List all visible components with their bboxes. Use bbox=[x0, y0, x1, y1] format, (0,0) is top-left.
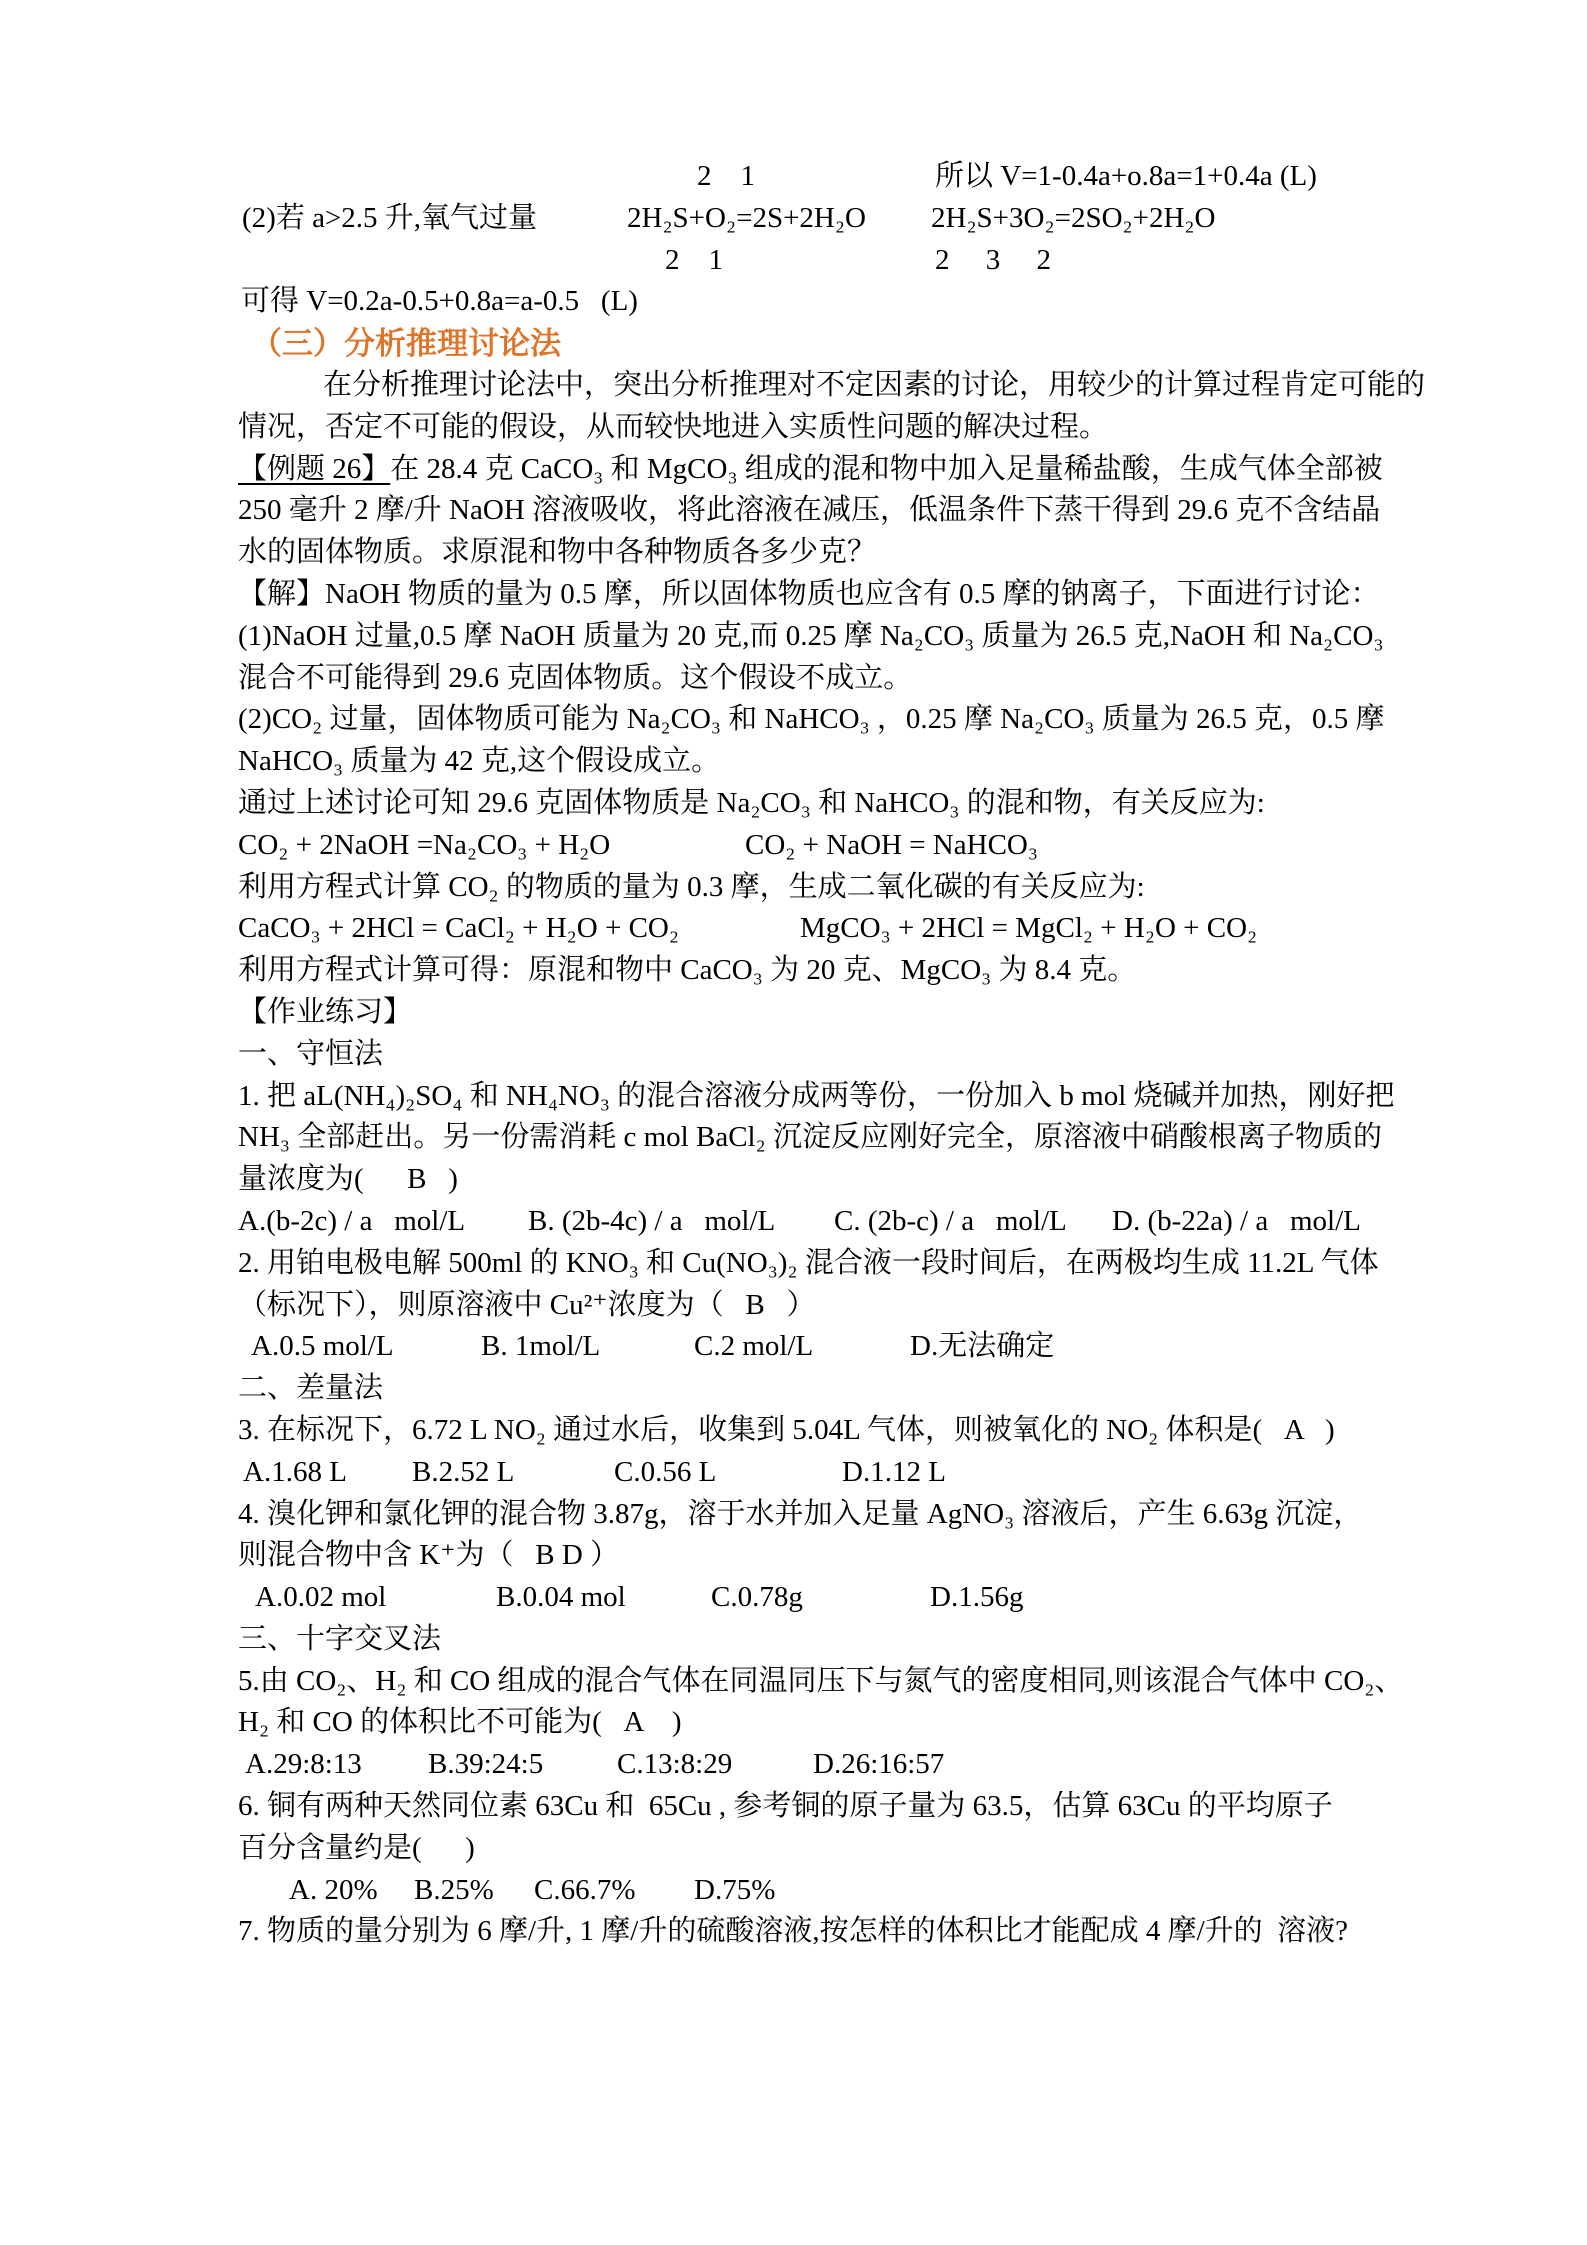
document-content: 2 1 所以 V=1-0.4a+o.8a=1+0.4a (L) (2)若 a>2… bbox=[238, 156, 1368, 1953]
problem-4-line-1: 4. 溴化钾和氯化钾的混合物 3.87g，溶于水并加入足量 AgNO₃ 溶液后，… bbox=[238, 1494, 1368, 1536]
carbonate-hcl-equations: CaCO₃ + 2HCl = CaCl₂ + H₂O + CO₂ MgCO₃ +… bbox=[238, 908, 1368, 950]
eq1-mole-ratio-top: 2 1 所以 V=1-0.4a+o.8a=1+0.4a (L) bbox=[238, 156, 1368, 198]
problem-5-line-2: H₂ 和 CO 的体积比不可能为( A ) bbox=[238, 1702, 1368, 1744]
option-a: A. 20% bbox=[289, 1870, 378, 1912]
option-d: D. (b-22a) / a mol/L bbox=[1112, 1201, 1361, 1243]
solution-case1-line-1: (1)NaOH 过量,0.5 摩 NaOH 质量为 20 克,而 0.25 摩 … bbox=[238, 616, 1368, 658]
option-c: C.66.7% bbox=[534, 1870, 636, 1912]
option-b: B.25% bbox=[414, 1870, 494, 1912]
option-d: D.26:16:57 bbox=[813, 1744, 944, 1786]
option-c: C. (2b-c) / a mol/L bbox=[834, 1201, 1067, 1243]
problem-7-line-1: 7. 物质的量分别为 6 摩/升, 1 摩/升的硫酸溶液,按怎样的体积比才能配成… bbox=[238, 1911, 1368, 1953]
ratio-values: 2 1 bbox=[697, 156, 755, 198]
option-c: C.0.78g bbox=[711, 1577, 803, 1619]
ratio-values-right: 2 3 2 bbox=[935, 240, 1051, 282]
solution-case2-line-2: NaHCO₃ 质量为 42 克,这个假设成立。 bbox=[238, 741, 1368, 783]
equation-caco3-hcl: CaCO₃ + 2HCl = CaCl₂ + H₂O + CO₂ bbox=[238, 908, 679, 950]
option-a: A.1.68 L bbox=[243, 1452, 347, 1494]
example-26-opening: 【例题 26】在 28.4 克 CaCO₃ 和 MgCO₃ 组成的混和物中加入足… bbox=[238, 449, 1368, 491]
naoh-co2-equations: CO₂ + 2NaOH =Na₂CO₃ + H₂O CO₂ + NaOH = N… bbox=[238, 825, 1368, 867]
option-c: C.0.56 L bbox=[614, 1452, 716, 1494]
example-26-label: 【例题 26】 bbox=[238, 453, 390, 485]
option-b: B.2.52 L bbox=[412, 1452, 514, 1494]
problem-1-line-2: NH₃ 全部赶出。另一份需消耗 c mol BaCl₂ 沉淀反应刚好完全，原溶液… bbox=[238, 1117, 1368, 1159]
option-d: D.无法确定 bbox=[910, 1326, 1054, 1368]
example-26-line-2: 250 毫升 2 摩/升 NaOH 溶液吸收，将此溶液在减压，低温条件下蒸干得到… bbox=[238, 490, 1368, 532]
eq-mole-ratio-bottom: 2 1 2 3 2 bbox=[238, 240, 1368, 282]
conclusion-formula: 所以 V=1-0.4a+o.8a=1+0.4a (L) bbox=[935, 156, 1317, 198]
method-1-heading: 一、守恒法 bbox=[238, 1034, 1368, 1076]
problem-6-line-2: 百分含量约是( ) bbox=[238, 1828, 1368, 1870]
example-26-line-3: 水的固体物质。求原混和物中各种物质各多少克？ bbox=[238, 532, 1368, 574]
solution-case1-line-2: 混合不可能得到 29.6 克固体物质。这个假设不成立。 bbox=[238, 658, 1368, 700]
problem-4-options: A.0.02 mol B.0.04 mol C.0.78g D.1.56g bbox=[238, 1577, 1368, 1619]
problem-4-line-2: 则混合物中含 K⁺为（ B D ） bbox=[238, 1535, 1368, 1577]
document-page: 2 1 所以 V=1-0.4a+o.8a=1+0.4a (L) (2)若 a>2… bbox=[0, 0, 1587, 2245]
problem-6-line-1: 6. 铜有两种天然同位素 63Cu 和 65Cu , 参考铜的原子量为 63.5… bbox=[238, 1786, 1368, 1828]
section-3-heading: （三）分析推理讨论法 bbox=[238, 323, 1368, 365]
solution-final-answer: 利用方程式计算可得：原混和物中 CaCO₃ 为 20 克、MgCO₃ 为 8.4… bbox=[238, 950, 1368, 992]
example-26-text: 在 28.4 克 CaCO₃ 和 MgCO₃ 组成的混和物中加入足量稀盐酸，生成… bbox=[390, 453, 1383, 485]
problem-2-line-2: （标况下），则原溶液中 Cu²⁺浓度为（ B ） bbox=[238, 1285, 1368, 1327]
problem-3-line-1: 3. 在标况下，6.72 L NO₂ 通过水后，收集到 5.04L 气体，则被氧… bbox=[238, 1410, 1368, 1452]
option-a: A.(b-2c) / a mol/L bbox=[238, 1201, 465, 1243]
problem-1-answer: 量浓度为( B ) bbox=[238, 1159, 1368, 1201]
equation-co2-2naoh: CO₂ + 2NaOH =Na₂CO₃ + H₂O bbox=[238, 825, 610, 867]
solution-intro: 【解】NaOH 物质的量为 0.5 摩，所以固体物质也应含有 0.5 摩的钠离子… bbox=[238, 574, 1368, 616]
solution-discussion: 通过上述讨论可知 29.6 克固体物质是 Na₂CO₃ 和 NaHCO₃ 的混和… bbox=[238, 783, 1368, 825]
problem-1-options: A.(b-2c) / a mol/L B. (2b-4c) / a mol/L … bbox=[238, 1201, 1368, 1243]
equation-h2s-o2: 2H₂S+O₂=2S+2H₂O bbox=[627, 198, 866, 240]
option-b: B.0.04 mol bbox=[496, 1577, 626, 1619]
problem-2-line-1: 2. 用铂电极电解 500ml 的 KNO₃ 和 Cu(NO₃)₂ 混合液一段时… bbox=[238, 1243, 1368, 1285]
option-d: D.1.12 L bbox=[842, 1452, 946, 1494]
option-c: C.13:8:29 bbox=[617, 1744, 732, 1786]
option-a: A.0.5 mol/L bbox=[251, 1326, 394, 1368]
equation-co2-naoh: CO₂ + NaOH = NaHCO₃ bbox=[745, 825, 1038, 867]
option-a: A.29:8:13 bbox=[245, 1744, 362, 1786]
option-b: B. (2b-4c) / a mol/L bbox=[528, 1201, 775, 1243]
option-c: C.2 mol/L bbox=[694, 1326, 813, 1368]
case2-result-formula: 可得 V=0.2a-0.5+0.8a=a-0.5 (L) bbox=[238, 281, 1368, 323]
homework-section-title: 【作业练习】 bbox=[238, 992, 1368, 1034]
option-d: D.1.56g bbox=[930, 1577, 1023, 1619]
option-b: B.39:24:5 bbox=[428, 1744, 543, 1786]
ratio-values-left: 2 1 bbox=[665, 240, 723, 282]
problem-3-options: A.1.68 L B.2.52 L C.0.56 L D.1.12 L bbox=[238, 1452, 1368, 1494]
option-a: A.0.02 mol bbox=[255, 1577, 386, 1619]
case2-condition-equations: (2)若 a>2.5 升,氧气过量 2H₂S+O₂=2S+2H₂O 2H₂S+3… bbox=[238, 198, 1368, 240]
problem-1-line-1: 1. 把 aL(NH₄)₂SO₄ 和 NH₄NO₃ 的混合溶液分成两等份，一份加… bbox=[238, 1076, 1368, 1118]
section3-intro-line-1: 在分析推理讨论法中，突出分析推理对不定因素的讨论，用较少的计算过程肯定可能的 bbox=[238, 365, 1368, 407]
solution-case2-line-1: (2)CO₂ 过量，固体物质可能为 Na₂CO₃ 和 NaHCO₃ ，0.25 … bbox=[238, 699, 1368, 741]
case2-condition: (2)若 a>2.5 升,氧气过量 bbox=[242, 198, 537, 240]
section3-intro-line-2: 情况，否定不可能的假设，从而较快地进入实质性问题的解决过程。 bbox=[238, 407, 1368, 449]
equation-h2s-3o2: 2H₂S+3O₂=2SO₂+2H₂O bbox=[931, 198, 1215, 240]
problem-5-options: A.29:8:13 B.39:24:5 C.13:8:29 D.26:16:57 bbox=[238, 1744, 1368, 1786]
option-d: D.75% bbox=[694, 1870, 775, 1912]
option-b: B. 1mol/L bbox=[481, 1326, 600, 1368]
equation-mgco3-hcl: MgCO₃ + 2HCl = MgCl₂ + H₂O + CO₂ bbox=[800, 908, 1257, 950]
method-3-heading: 三、十字交叉法 bbox=[238, 1619, 1368, 1661]
solution-co2-amount: 利用方程式计算 CO₂ 的物质的量为 0.3 摩，生成二氧化碳的有关反应为: bbox=[238, 867, 1368, 909]
problem-5-line-1: 5.由 CO₂、H₂ 和 CO 组成的混合气体在同温同压下与氮气的密度相同,则该… bbox=[238, 1661, 1368, 1703]
method-2-heading: 二、差量法 bbox=[238, 1368, 1368, 1410]
problem-6-options: A. 20% B.25% C.66.7% D.75% bbox=[238, 1870, 1368, 1912]
problem-2-options: A.0.5 mol/L B. 1mol/L C.2 mol/L D.无法确定 bbox=[238, 1326, 1368, 1368]
